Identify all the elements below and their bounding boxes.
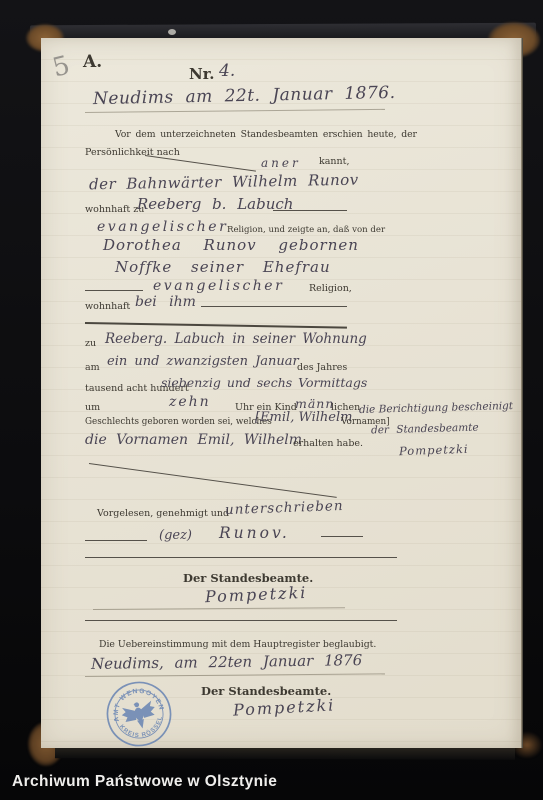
year-time-handwritten: siebenzig und sechs Vormittags	[161, 375, 367, 390]
am-label: am	[85, 362, 100, 373]
zu-label: zu	[85, 338, 96, 349]
religion2-handwritten: evangelischer	[153, 278, 284, 294]
persoenlichkeit-label: Persönlichkeit nach	[85, 147, 180, 158]
mother-name-line-1: Dorothea Runov gebornen	[103, 236, 359, 254]
signature-underline-1	[93, 607, 345, 610]
official-stamp: AMT WENGOYEN KREIS RÖSSEL	[98, 673, 180, 755]
registrar-signature-2: Pompetzki	[233, 695, 336, 719]
dateline-underline	[85, 109, 385, 113]
gender-handwritten: männ	[295, 396, 334, 411]
fill-rule-religion2	[85, 290, 143, 291]
unterschrieben-handwritten: unterschrieben	[225, 498, 344, 518]
birthday-handwritten: ein und zwanzigsten Januar	[107, 354, 299, 369]
bekannt-printed: kannt,	[319, 156, 350, 167]
margin-note-signature: Pompetzki	[399, 442, 469, 458]
record-number-value: 4.	[219, 61, 235, 81]
wohnhaft-label: wohnhaft	[85, 301, 130, 312]
registrar-signature-1: Pompetzki	[205, 583, 308, 606]
margin-note-line-2: der Standesbeamte	[371, 422, 479, 437]
full-rule-2	[85, 620, 397, 621]
mother-residence-handwritten: bei ihm	[135, 294, 196, 310]
gez-handwritten: (gez)	[159, 528, 192, 543]
vorgelesen-label: Vorgelesen, genehmigt und	[97, 508, 229, 519]
des-jahres-label: des Jahres	[297, 362, 347, 373]
certification-date-handwritten: Neudims, am 22ten Januar 1876	[91, 651, 362, 673]
pencil-page-number: 5	[50, 50, 73, 83]
certification-underline	[85, 673, 385, 677]
religion1-printed: Religion, und zeigte an, daß von der	[227, 225, 385, 235]
erhalten-label: erhalten habe.	[293, 438, 363, 449]
fill-rule-bei-ihm	[201, 306, 347, 307]
strike-line-blank-section	[89, 463, 337, 498]
bekannt-fragment-handwritten: aner	[261, 156, 301, 170]
religion1-handwritten: evangelischer	[97, 219, 228, 235]
archival-photo: 5 A. Nr. 4. Neudims am 22t. Januar 1876.…	[0, 0, 543, 800]
archive-caption: Archiwum Państwowe w Olsztynie	[12, 773, 277, 791]
hour-handwritten: zehn	[169, 394, 211, 410]
geschlechts-label: Geschlechts geboren worden sei, welches	[85, 417, 272, 427]
fill-rule-residence	[273, 210, 347, 211]
intro-printed-line: Vor dem unterzeichneten Standesbeamten e…	[115, 129, 417, 140]
full-rule-1	[85, 557, 397, 558]
wohnhaft-zu-label: wohnhaft zu	[85, 204, 144, 215]
certification-statement: Die Uebereinstimmung mit dem Hauptregist…	[99, 639, 376, 650]
binding-speck	[168, 29, 176, 35]
section-letter: A.	[83, 52, 102, 72]
mother-name-line-2: Noffke seiner Ehefrau	[115, 258, 331, 276]
fill-rule-gez-right	[321, 536, 363, 537]
religion2-printed: Religion,	[309, 283, 352, 294]
margin-note-line-1: die Berichtigung bescheinigt	[359, 400, 513, 416]
fill-rule-gez-left	[85, 540, 147, 541]
record-number-label: Nr.	[189, 65, 214, 83]
party-signature: Runov.	[219, 524, 290, 542]
dateline-handwritten: Neudims am 22t. Januar 1876.	[93, 83, 396, 109]
declarant-residence-handwritten: Reeberg b. Labuch	[137, 195, 293, 213]
section-separator-rule	[85, 322, 347, 329]
register-page: 5 A. Nr. 4. Neudims am 22t. Januar 1876.…	[41, 38, 521, 748]
names-bracket-handwritten: [Emil, Wilhelm	[255, 410, 352, 425]
birthplace-handwritten: Reeberg. Labuch in seiner Wohnung	[105, 331, 367, 347]
strike-line-identity	[145, 155, 256, 172]
um-label: um	[85, 402, 100, 413]
names-line-handwritten: die Vornamen Emil, Wilhelm	[85, 432, 302, 448]
declarant-line-handwritten: der Bahnwärter Wilhelm Runov	[89, 171, 359, 194]
